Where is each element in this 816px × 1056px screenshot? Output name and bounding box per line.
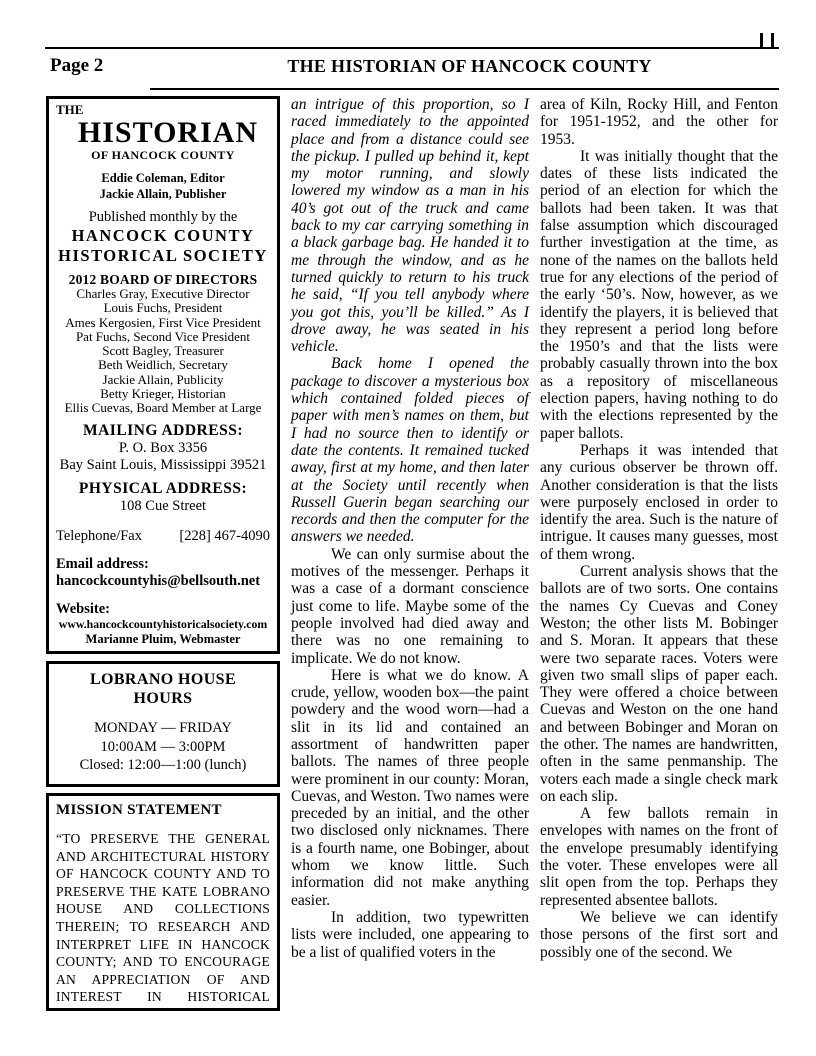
article-paragraph: Current analysis shows that the ballots … [540, 563, 778, 805]
corner-marks [760, 33, 774, 47]
website-value: www.hancockcountyhistoricalsociety.com [56, 618, 270, 632]
masthead-title: HISTORIAN [56, 117, 270, 148]
article-paragraph: Back home I opened the package to discov… [291, 355, 529, 545]
board-list: Charles Gray, Executive DirectorLouis Fu… [56, 287, 270, 416]
page-number: Page 2 [50, 55, 103, 77]
publisher-line: Jackie Allain, Publisher [56, 187, 270, 203]
article-paragraph: an intrigue of this proportion, so I rac… [291, 96, 529, 355]
board-member: Beth Weidlich, Secretary [56, 358, 270, 372]
newsletter-title: THE HISTORIAN OF HANCOCK COUNTY [160, 56, 779, 77]
article-paragraph: We can only surmise about the motives of… [291, 546, 529, 667]
webmaster-line: Marianne Pluim, Webmaster [56, 632, 270, 647]
editor-line: Eddie Coleman, Editor [56, 171, 270, 187]
board-member: Ames Kergosien, First Vice President [56, 316, 270, 330]
mission-heading: MISSION STATEMENT [56, 801, 270, 819]
hours-closed: Closed: 12:00—1:00 (lunch) [55, 756, 271, 775]
mailing-address-heading: MAILING ADDRESS: [56, 422, 270, 440]
mailing-address-line-2: Bay Saint Louis, Mississippi 39521 [56, 457, 270, 474]
masthead-subtitle: OF HANCOCK COUNTY [56, 148, 270, 162]
mission-body: “TO PRESERVE THE GENERAL AND ARCHITECTUR… [56, 830, 270, 1011]
hours-times: 10:00AM — 3:00PM [55, 738, 271, 757]
board-member: Betty Krieger, Historian [56, 387, 270, 401]
hours-body: MONDAY — FRIDAY 10:00AM — 3:00PM Closed:… [55, 719, 271, 775]
article-paragraph: It was initially thought that the dates … [540, 148, 778, 442]
phone-value: [228] 467-4090 [179, 528, 270, 545]
header-top-rule [45, 47, 779, 49]
board-member: Charles Gray, Executive Director [56, 287, 270, 301]
masthead-staff: Eddie Coleman, Editor Jackie Allain, Pub… [56, 171, 270, 202]
phone-row: Telephone/Fax [228] 467-4090 [56, 528, 270, 545]
article-paragraph: A few ballots remain in envelopes with n… [540, 805, 778, 909]
masthead-box: THE HISTORIAN OF HANCOCK COUNTY Eddie Co… [46, 96, 280, 654]
phone-label: Telephone/Fax [56, 528, 142, 545]
hours-title-line-1: LOBRANO HOUSE [55, 670, 271, 689]
org-name-line-2: HISTORICAL SOCIETY [56, 246, 270, 266]
article-paragraph: In addition, two typewritten lists were … [291, 909, 529, 961]
hours-title-line-2: HOURS [55, 689, 271, 708]
header-bottom-rule [150, 88, 779, 90]
board-member: Ellis Cuevas, Board Member at Large [56, 401, 270, 415]
article-column-right: area of Kiln, Rocky Hill, and Fenton for… [540, 96, 778, 1026]
hours-box: LOBRANO HOUSE HOURS MONDAY — FRIDAY 10:0… [46, 661, 280, 787]
physical-address-line-1: 108 Cue Street [56, 498, 270, 515]
website-label: Website: [56, 601, 270, 619]
org-name-line-1: HANCOCK COUNTY [56, 226, 270, 246]
board-member: Pat Fuchs, Second Vice President [56, 330, 270, 344]
sidebar: THE HISTORIAN OF HANCOCK COUNTY Eddie Co… [46, 96, 280, 1026]
board-heading: 2012 BOARD OF DIRECTORS [56, 272, 270, 287]
email-value: hancockcountyhis@bellsouth.net [56, 573, 270, 591]
board-member: Louis Fuchs, President [56, 301, 270, 315]
mailing-address-line-1: P. O. Box 3356 [56, 440, 270, 457]
page-content: THE HISTORIAN OF HANCOCK COUNTY Eddie Co… [46, 96, 778, 1026]
published-by-line: Published monthly by the [56, 209, 270, 226]
article-paragraph: area of Kiln, Rocky Hill, and Fenton for… [540, 96, 778, 148]
article-paragraph: Perhaps it was intended that any curious… [540, 442, 778, 563]
article-paragraph: Here is what we do know. A crude, yellow… [291, 667, 529, 909]
article-paragraph: We believe we can identify those persons… [540, 909, 778, 961]
board-member: Jackie Allain, Publicity [56, 373, 270, 387]
mission-box: MISSION STATEMENT “TO PRESERVE THE GENER… [46, 793, 280, 1011]
masthead-the: THE [56, 103, 270, 117]
email-label: Email address: [56, 556, 270, 574]
newsletter-page: Page 2 THE HISTORIAN OF HANCOCK COUNTY T… [0, 0, 816, 1056]
physical-address-heading: PHYSICAL ADDRESS: [56, 480, 270, 498]
board-member: Scott Bagley, Treasurer [56, 344, 270, 358]
article-column-middle: an intrigue of this proportion, so I rac… [291, 96, 529, 1026]
hours-days: MONDAY — FRIDAY [55, 719, 271, 738]
